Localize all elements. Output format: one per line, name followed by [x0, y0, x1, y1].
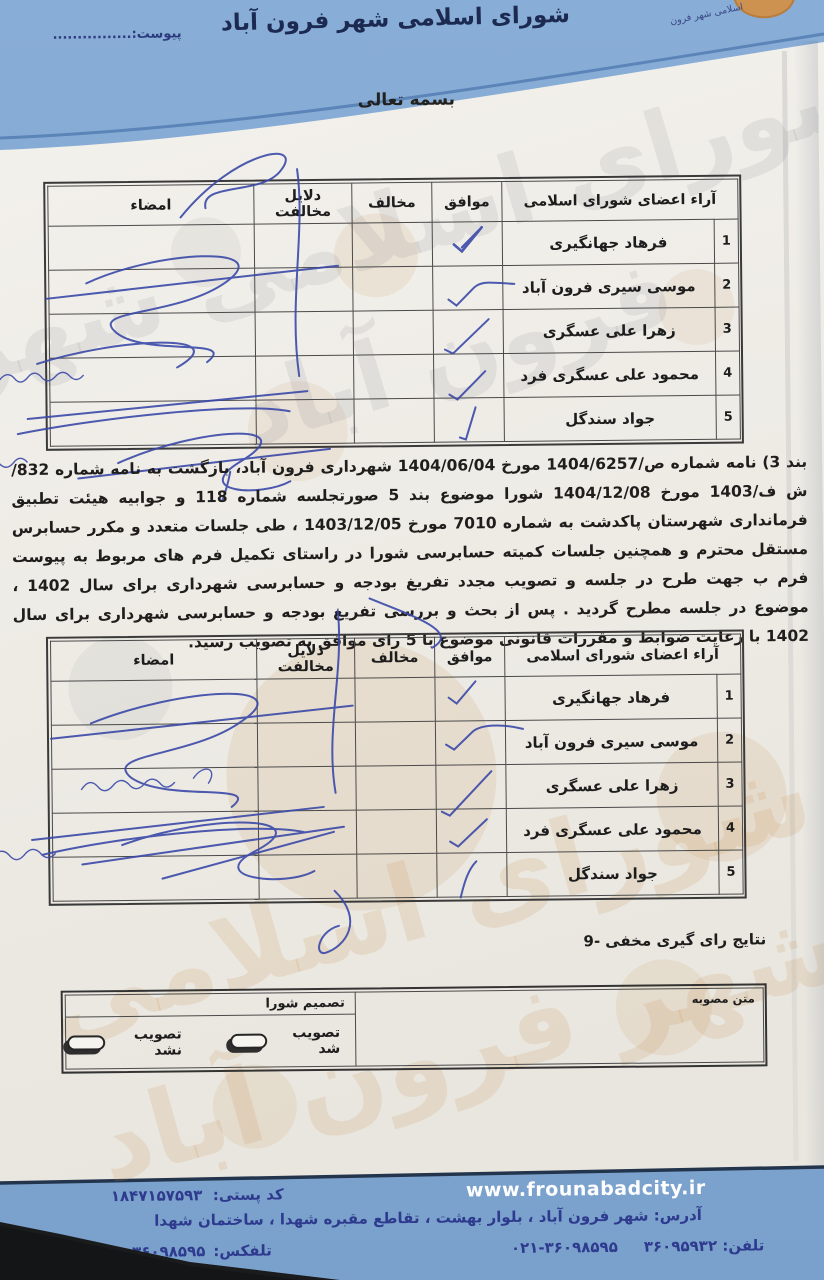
- member-name: جواد سندگل: [507, 850, 719, 896]
- col-header-signature: امضاء: [48, 184, 254, 226]
- member-no: 1: [714, 219, 738, 263]
- vote-table-title: آراء اعضای شورای اسلامی: [504, 634, 740, 676]
- table-row: 2موسی سیری فرون آباد: [51, 718, 741, 769]
- member-no: 2: [717, 718, 741, 762]
- member-no: 5: [719, 850, 743, 894]
- besmellah-text: بسمه تعالی: [0, 86, 818, 115]
- council-logo-text: اسلامی شهر فرون: [669, 2, 744, 28]
- member-no: 2: [715, 263, 739, 307]
- col-header-signature: امضاء: [50, 639, 256, 681]
- member-name: فرهاد جهانگیری: [505, 674, 717, 720]
- member-no: 4: [715, 351, 739, 395]
- member-name: محمود علی عسگری فرد: [504, 351, 716, 397]
- member-name: فرهاد جهانگیری: [502, 219, 714, 265]
- decision-table: متن مصوبه تصمیم شورا تصویب شد تصویب نشد: [61, 983, 768, 1073]
- secret-vote-number: 9-: [583, 932, 600, 950]
- table-row: 5جواد سندگل: [53, 850, 743, 901]
- member-no: 4: [718, 806, 742, 850]
- table-row: 2موسی سیری فرون آباد: [49, 263, 739, 314]
- table-row: 1فرهاد جهانگیری: [51, 674, 741, 725]
- phone2-value: ۰۲۱-۳۶۰۹۸۵۹۵: [511, 1238, 618, 1257]
- col-header-agree: موافق: [434, 637, 504, 678]
- member-no: 3: [718, 762, 742, 806]
- col-header-oppose: مخالف: [352, 182, 432, 223]
- photo-background-corner: [0, 1200, 360, 1280]
- col-header-oppose-reason: دلایل مخالفت: [254, 183, 352, 224]
- decision-options-cell: تصویب شد تصویب نشد: [65, 1014, 356, 1069]
- attachment-dotted-line: ................: [52, 27, 131, 43]
- table-row: 3زهرا علی عسگری: [49, 307, 739, 358]
- resolution-text-cell: متن مصوبه: [355, 988, 764, 1066]
- member-name: زهرا علی عسگری: [503, 307, 715, 353]
- secret-vote-heading-text: نتایج رای گیری مخفی: [605, 930, 766, 950]
- col-header-agree: موافق: [432, 182, 502, 223]
- not-approved-label: تصویب نشد: [118, 1026, 182, 1059]
- resolution-paragraph: بند 3) نامه شماره ص/1404/6257 مورخ 1404/…: [11, 448, 809, 659]
- table-row: 5جواد سندگل: [50, 395, 740, 446]
- page-title: شورای اسلامی شهر فرون آباد: [123, 0, 667, 39]
- phone-group: تلفن: ۳۶۰۹۵۹۳۲: [644, 1236, 765, 1255]
- resolution-body: نامه شماره ص/1404/6257 مورخ 1404/06/04 ش…: [11, 453, 809, 651]
- phone-label: تلفن:: [722, 1236, 764, 1254]
- member-name: زهرا علی عسگری: [506, 762, 718, 808]
- col-header-oppose: مخالف: [354, 637, 434, 678]
- document-photo: شورای اسلامی شهر فرون آباد شورای اسلامی …: [0, 0, 824, 1280]
- member-name: موسی سیری فرون آباد: [503, 263, 715, 309]
- council-decision-header: تصمیم شورا: [65, 992, 355, 1017]
- col-header-oppose-reason: دلایل مخالفت: [256, 638, 354, 679]
- member-name: موسی سیری فرون آباد: [505, 718, 717, 764]
- member-no: 3: [715, 307, 739, 351]
- vote-table-2: آراء اعضای شورای اسلامی موافق مخالف دلای…: [46, 630, 747, 906]
- member-no: 1: [717, 674, 741, 718]
- member-name: جواد سندگل: [504, 395, 716, 441]
- vote-table-title: آراء اعضای شورای اسلامی: [502, 179, 738, 221]
- approved-checkbox-icon: [230, 1034, 268, 1049]
- table-row: 4محمود علی عسگری فرد: [50, 351, 740, 402]
- secret-vote-heading: 9- نتایج رای گیری مخفی: [583, 930, 766, 950]
- table-row: 1فرهاد جهانگیری: [48, 219, 738, 270]
- approved-label: تصویب شد: [280, 1024, 340, 1057]
- footer-website: www.frounabadcity.ir: [466, 1177, 706, 1202]
- not-approved-checkbox-icon: [67, 1035, 105, 1050]
- vote-table-1: آراء اعضای شورای اسلامی موافق مخالف دلای…: [43, 175, 744, 451]
- footer-phone: تلفن: ۳۶۰۹۵۹۳۲ ۰۲۱-۳۶۰۹۸۵۹۵: [511, 1236, 765, 1257]
- member-no: 5: [716, 395, 740, 439]
- table-row: 3زهرا علی عسگری: [52, 762, 742, 813]
- phone1-value: ۳۶۰۹۵۹۳۲: [644, 1237, 717, 1256]
- table-row: 4محمود علی عسگری فرد: [52, 806, 742, 857]
- member-name: محمود علی عسگری فرد: [506, 806, 718, 852]
